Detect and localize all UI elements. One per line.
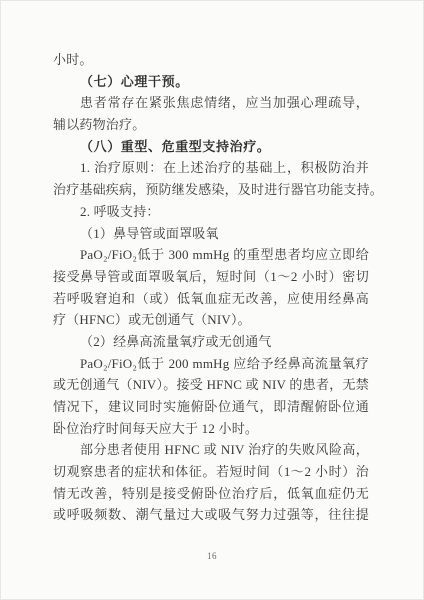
doc-line: 辅以药物治疗。 <box>53 114 369 136</box>
doc-line: 部分患者使用 HFNC 或 NIV 治疗的失败风险高，需要密 <box>53 439 369 461</box>
doc-line: PaO₂/FiO₂低于 300 mmHg 的重型患者均应立即给予氧疗。 <box>53 244 369 266</box>
doc-line: 2. 呼吸支持： <box>53 201 369 223</box>
page-number: 16 <box>0 551 424 561</box>
doc-line: 情无改善，特别是接受俯卧位治疗后，低氧血症仍无改善， <box>53 483 369 505</box>
doc-line: 患者常存在紧张焦虑情绪，应当加强心理疏导，必要时 <box>53 92 369 114</box>
doc-line: 疗（HFNC）或无创通气（NIV）。 <box>53 309 369 331</box>
document-page: 小时。 （七）心理干预。 患者常存在紧张焦虑情绪，应当加强心理疏导，必要时 辅以… <box>0 0 424 600</box>
sub-heading: （2）经鼻高流量氧疗或无创通气 <box>53 331 369 353</box>
document-text-block: 小时。 （七）心理干预。 患者常存在紧张焦虑情绪，应当加强心理疏导，必要时 辅以… <box>53 49 369 526</box>
doc-line: 治疗基础疾病，预防继发感染，及时进行器官功能支持。 <box>53 179 369 201</box>
doc-line: 接受鼻导管或面罩吸氧后，短时间（1～2 小时）密切观察， <box>53 266 369 288</box>
doc-line: 情况下，建议同时实施俯卧位通气，即清醒俯卧位通气，俯 <box>53 396 369 418</box>
doc-line: PaO₂/FiO₂低于 200 mmHg 应给予经鼻高流量氧疗（HFNC） <box>53 353 369 375</box>
doc-line: 或无创通气（NIV）。接受 HFNC 或 NIV 的患者，无禁忌证的 <box>53 374 369 396</box>
section-heading: （八）重型、危重型支持治疗。 <box>53 136 369 158</box>
doc-line: 或呼吸频数、潮气量过大或吸气努力过强等，往往提示 HFNC <box>53 504 369 526</box>
doc-line: 小时。 <box>53 49 369 71</box>
doc-line: 卧位治疗时间每天应大于 12 小时。 <box>53 418 369 440</box>
sub-heading: （1）鼻导管或面罩吸氧 <box>53 223 369 245</box>
doc-line: 1. 治疗原则：在上述治疗的基础上，积极防治并发症， <box>53 157 369 179</box>
doc-line: 切观察患者的症状和体征。若短时间（1～2 小时）治疗后病 <box>53 461 369 483</box>
doc-line: 若呼吸窘迫和（或）低氧血症无改善，应使用经鼻高流量氧 <box>53 288 369 310</box>
section-heading: （七）心理干预。 <box>53 71 369 93</box>
